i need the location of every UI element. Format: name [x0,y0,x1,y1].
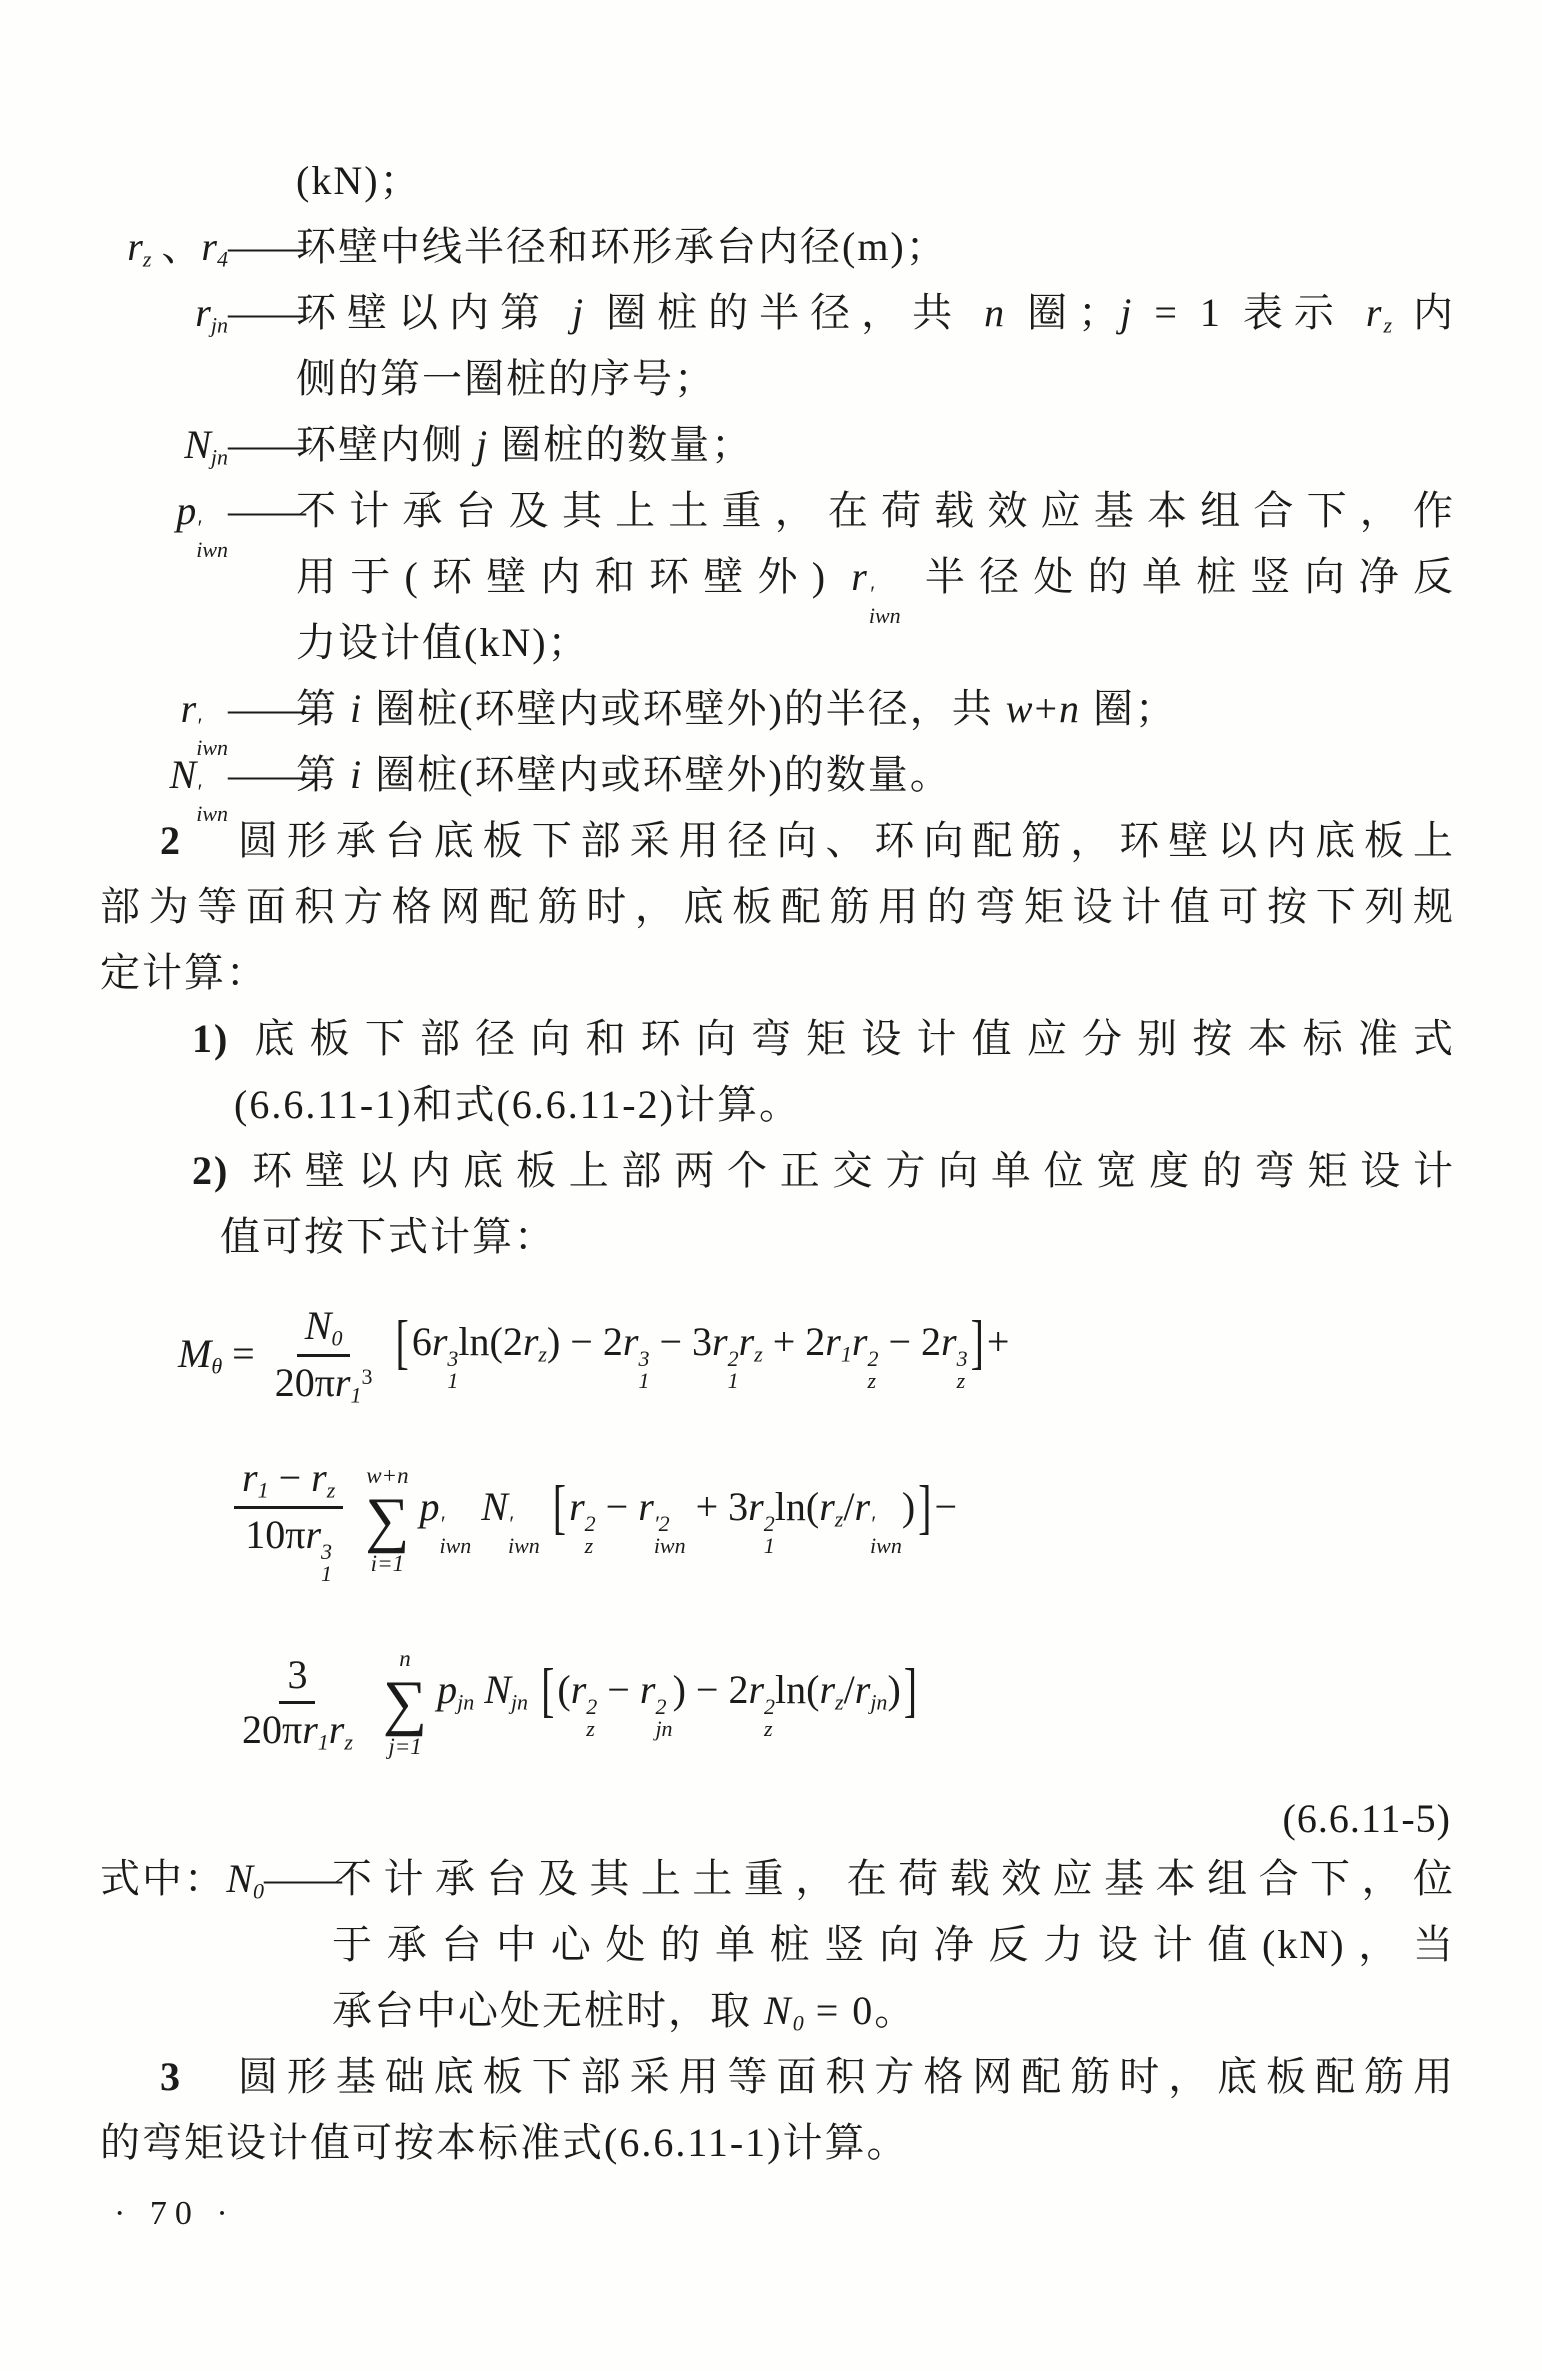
fraction-numerator: N0 [297,1300,351,1357]
formula-line-2: r1 − rz 10πr31 w+n ∑ i=1 p′iwn N′iwn [r2… [100,1426,1455,1614]
fraction: r1 − rz 10πr31 [234,1452,343,1589]
where-label: 式中： [100,1846,212,1912]
definition-dash: —— [264,1846,332,1912]
formula-block: Mθ = N0 20πr13 [6r31ln(2rz) − 2r31 − 3r2… [100,1284,1455,1846]
formula-body: [6r31ln(2rz) − 2r31 − 3r21rz + 2r1r2z − … [392,1318,1009,1393]
definition-term: r′iwn [100,676,228,742]
definition-dash: —— [228,478,296,544]
fraction-denominator: 10πr31 [237,1509,340,1589]
fraction-denominator: 20πr1rz [234,1704,361,1758]
fraction-numerator: 3 [279,1649,315,1704]
list-item1-line2: (6.6.11-1)和式(6.6.11-2)计算。 [100,1072,1455,1138]
definition-text: 环壁中线半径和环形承台内径(m)； [296,214,1455,280]
summation: w+n ∑ i=1 [365,1463,409,1578]
definition-continuation-top: (kN)； [100,148,1455,214]
definition-text: 环壁内侧 j 圈桩的数量； [296,412,1455,478]
definition-row-njn: Njn —— 环壁内侧 j 圈桩的数量； [100,412,1455,478]
formula-line-3: 3 20πr1rz n ∑ j=1 pjn Njn [(r2z − r2jn) … [100,1614,1455,1792]
paragraph2-line3: 定计算： [100,940,1455,1006]
definition-term: rjn [100,280,228,346]
definition-dash: —— [228,412,296,478]
list-item2-line2: 值可按下式计算： [100,1204,1455,1270]
fraction-numerator: r1 − rz [234,1452,343,1509]
formula-number: (6.6.11-5) [100,1792,1455,1846]
paragraph2-line1: 2 圆形承台底板下部采用径向、环向配筋，环壁以内底板上 [100,808,1455,874]
page-number: · 70 · [100,2192,1455,2236]
document-page: (kN)； rz 、r4 —— 环壁中线半径和环形承台内径(m)； rjn ——… [0,0,1542,2371]
definition-dash: —— [228,280,296,346]
fraction: 3 20πr1rz [234,1649,361,1758]
list-item2-line1: 2) 环壁以内底板上部两个正交方向单位宽度的弯矩设计 [100,1138,1455,1204]
paragraph3-line2: 的弯矩设计值可按本标准式(6.6.11-1)计算。 [100,2110,1455,2176]
fraction: N0 20πr13 [267,1300,381,1411]
where-text-continuation: 于承台中心处的单桩竖向净反力设计值(kN)，当 [100,1912,1455,1978]
definition-text: 不计承台及其上土重，在荷载效应基本组合下，作 [296,478,1455,544]
formula-line-1: Mθ = N0 20πr13 [6r31ln(2rz) − 2r31 − 3r2… [100,1284,1455,1426]
definition-dash: —— [228,214,296,280]
definition-row-piwn: p′iwn —— 不计承台及其上土重，在荷载效应基本组合下，作 [100,478,1455,544]
summation-lower-limit: j=1 [388,1734,421,1760]
where-text-continuation: 承台中心处无桩时，取 N0 = 0。 [100,1978,1455,2044]
paragraph2-line2: 部为等面积方格网配筋时，底板配筋用的弯矩设计值可按下列规 [100,874,1455,940]
definition-dash: —— [228,676,296,742]
formula-body: p′iwn N′iwn [r2z − r′2iwn + 3r21ln(rz/r′… [419,1483,957,1558]
sigma-symbol: ∑ [383,1672,427,1734]
definition-text: 环壁以内第 j 圈桩的半径，共 n 圈；j = 1 表示 rz 内 [296,280,1455,346]
definition-text: 第 i 圈桩(环壁内或环壁外)的半径，共 w+n 圈； [296,676,1455,742]
where-clause-row: 式中： N0 —— 不计承台及其上土重，在荷载效应基本组合下，位 [100,1846,1455,1912]
where-text: 不计承台及其上土重，在荷载效应基本组合下，位 [332,1846,1455,1912]
definition-row-niwn: N′iwn —— 第 i 圈桩(环壁内或环壁外)的数量。 [100,742,1455,808]
list-item1-line1: 1) 底板下部径向和环向弯矩设计值应分别按本标准式 [100,1006,1455,1072]
summation: n ∑ j=1 [383,1646,427,1761]
definition-text: 第 i 圈桩(环壁内或环壁外)的数量。 [296,742,1455,808]
where-term: N0 [212,1846,264,1912]
definition-dash: —— [228,742,296,808]
definition-term: rz 、r4 [100,214,228,280]
fraction-denominator: 20πr13 [267,1357,381,1411]
definition-term: N′iwn [100,742,228,808]
definition-text-continuation: 用于(环壁内和环壁外) r′iwn 半径处的单桩竖向净反 [100,544,1455,610]
definition-term: Njn [100,412,228,478]
sigma-symbol: ∑ [365,1489,409,1551]
formula-lhs: Mθ = [178,1330,255,1380]
definition-text-continuation: 力设计值(kN)； [100,610,1455,676]
definition-row-rjn: rjn —— 环壁以内第 j 圈桩的半径，共 n 圈；j = 1 表示 rz 内 [100,280,1455,346]
summation-lower-limit: i=1 [371,1551,404,1577]
definition-text-continuation: 侧的第一圈桩的序号； [100,346,1455,412]
page-content: (kN)； rz 、r4 —— 环壁中线半径和环形承台内径(m)； rjn ——… [0,0,1542,2236]
definition-term: p′iwn [100,478,228,544]
paragraph3-line1: 3 圆形基础底板下部采用等面积方格网配筋时，底板配筋用 [100,2044,1455,2110]
formula-body: pjn Njn [(r2z − r2jn) − 2r2zln(rz/rjn)] [437,1666,920,1741]
definition-row-riwn: r′iwn —— 第 i 圈桩(环壁内或环壁外)的半径，共 w+n 圈； [100,676,1455,742]
definition-row-rz-r4: rz 、r4 —— 环壁中线半径和环形承台内径(m)； [100,214,1455,280]
